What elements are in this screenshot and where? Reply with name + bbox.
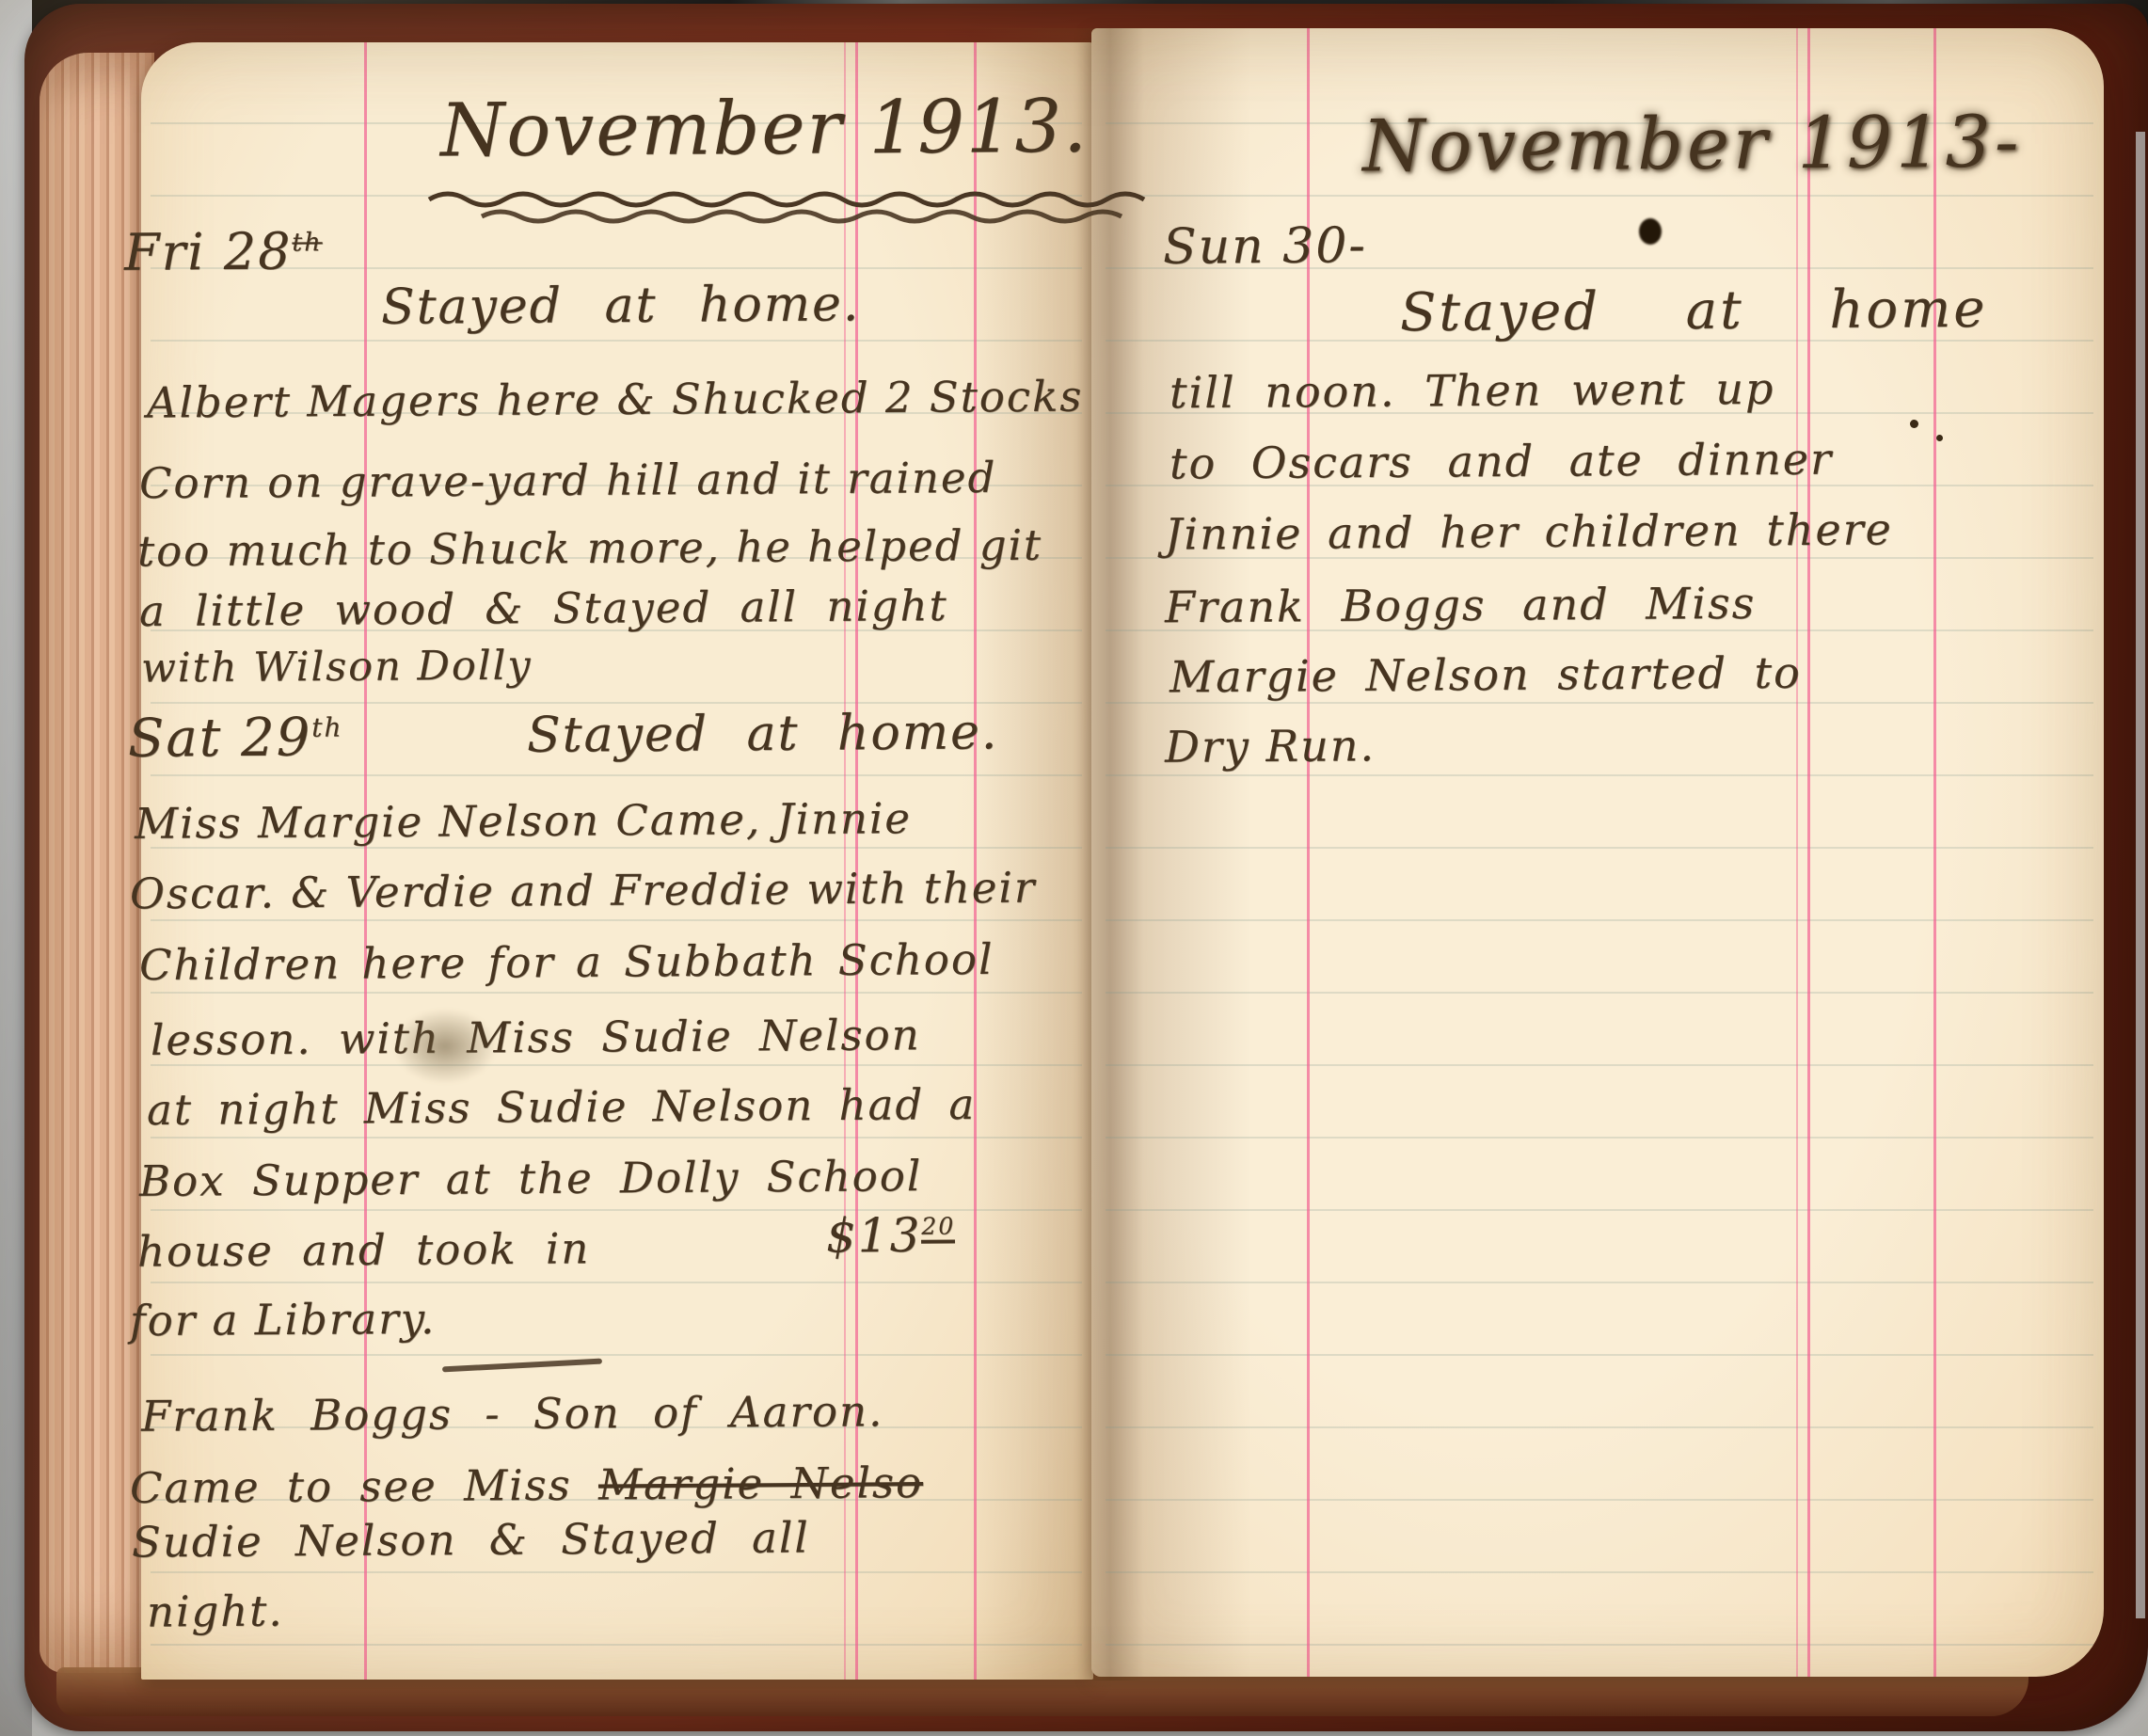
- page-header: November 1913-: [1362, 100, 2023, 188]
- entry-date: Sat 29th: [128, 707, 343, 770]
- diary-line: Stayed at home.: [527, 704, 999, 763]
- diary-line: Frank Boggs and Miss: [1165, 578, 1757, 632]
- ink-amount: $1320: [826, 1208, 956, 1264]
- diary-line: Margie Nelson started to: [1169, 647, 1802, 703]
- page-edges-stack: [40, 53, 154, 1673]
- diary-line: too much to Shuck more, he helped git: [137, 520, 1042, 577]
- diary-line: Jinnie and her children there: [1165, 503, 1893, 559]
- column-line: [974, 42, 977, 1680]
- diary-line-with-strikethrough: Came to see Miss Margie Nelso: [130, 1457, 923, 1513]
- diary-line: Stayed at home.: [381, 276, 861, 336]
- entry-date-suffix: th: [292, 228, 322, 257]
- diary-line: with Wilson Dolly: [141, 643, 533, 693]
- right-page: [1091, 28, 2104, 1677]
- diary-line: till noon. Then went up: [1169, 363, 1775, 418]
- margin-line-right-page: [1307, 28, 1310, 1677]
- column-line: [1807, 28, 1810, 1677]
- diary-line: a little wood & Stayed all night: [139, 581, 948, 636]
- strikethrough-text: Margie Nelso: [598, 1457, 924, 1509]
- diary-line: Box Supper at the Dolly School: [139, 1151, 923, 1206]
- diary-line: to Oscars and ate dinner: [1169, 434, 1833, 489]
- diary-line: for a Library.: [130, 1294, 437, 1346]
- diary-line: Stayed at home: [1400, 279, 1988, 343]
- line-text: Came to see Miss: [130, 1459, 598, 1512]
- diary-line: Sudie Nelson & Stayed all: [132, 1512, 810, 1567]
- diary-photo: November 1913. Fri 28th Stayed at home. …: [0, 0, 2148, 1736]
- diary-line: Oscar. & Verdie and Freddie with their: [130, 863, 1037, 919]
- diary-line: Albert Magers here & Shucked 2 Stocks: [147, 372, 1084, 428]
- entry-date-text: Fri 28: [124, 221, 293, 281]
- diary-line: Frank Boggs - Son of Aaron.: [141, 1386, 884, 1441]
- amount-cents: 20: [921, 1213, 955, 1244]
- amount-dollars: $13: [826, 1208, 922, 1264]
- header-underline-decoration: [425, 186, 1178, 230]
- diary-line: Miss Margie Nelson Came, Jinnie: [135, 793, 912, 849]
- diary-line: Children here for a Subbath School: [139, 934, 994, 990]
- column-line: [1796, 28, 1798, 1677]
- diary-line: lesson. with Miss Sudie Nelson: [151, 1010, 921, 1065]
- entry-date-suffix: th: [311, 712, 343, 743]
- diary-line: house and took in: [137, 1223, 591, 1276]
- page-header: November 1913.: [440, 85, 1089, 174]
- column-line: [1933, 28, 1936, 1677]
- diary-line: at night Miss Sudie Nelson had a: [147, 1079, 977, 1135]
- diary-line: Corn on grave-yard hill and it rained: [139, 453, 997, 508]
- diary-line: night.: [147, 1585, 284, 1636]
- entry-date: Sun 30-: [1163, 217, 1367, 276]
- background-right-sliver: [2136, 132, 2145, 1618]
- entry-date-text: Sat 29: [128, 707, 312, 769]
- entry-date: Fri 28th: [124, 221, 323, 281]
- diary-line: Dry Run.: [1165, 720, 1376, 772]
